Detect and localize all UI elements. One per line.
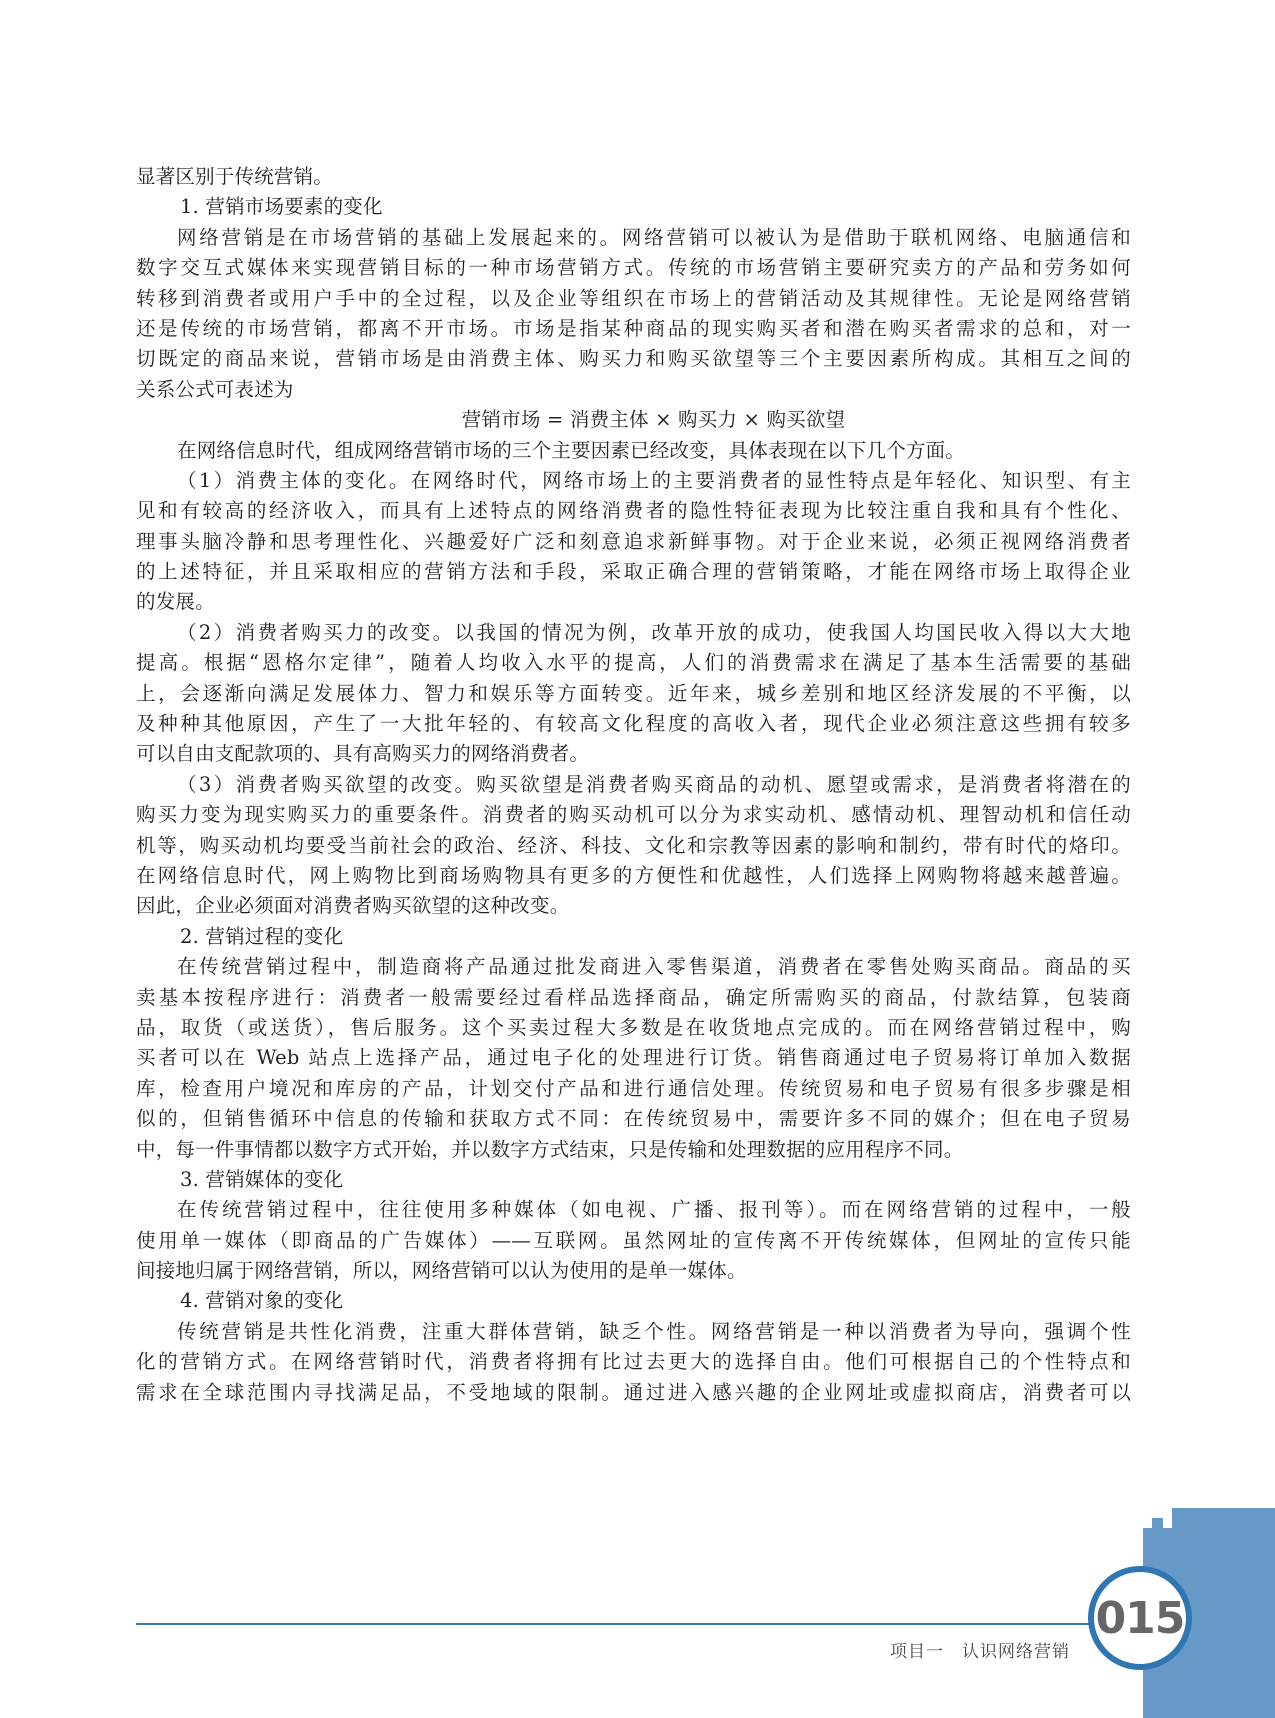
text-line: 需求在全球范围内寻找满足品，不受地域的限制。通过进入感兴趣的企业网址或虚拟商店，…	[136, 1378, 1131, 1408]
section-heading: 4. 营销对象的变化	[136, 1286, 1131, 1316]
text-line: 买者可以在 Web 站点上选择产品，通过电子化的处理进行订货。销售商通过电子贸易…	[136, 1043, 1131, 1073]
page-number: 015	[1096, 1593, 1185, 1644]
section-heading: 2. 营销过程的变化	[136, 922, 1131, 952]
text-line: 使用单一媒体（即商品的广告媒体）——互联网。虽然网址的宣传离不开传统媒体，但网址…	[136, 1226, 1131, 1256]
text-line: 似的，但销售循环中信息的传输和获取方式不同：在传统贸易中，需要许多不同的媒介；但…	[136, 1104, 1131, 1134]
text-line: 提高。根据“恩格尔定律”，随着人均收入水平的提高，人们的消费需求在满足了基本生活…	[136, 648, 1131, 678]
text-line: 卖基本按程序进行：消费者一般需要经过看样品选择商品，确定所需购买的商品，付款结算…	[136, 983, 1131, 1013]
text-line: 化的营销方式。在网络营销时代，消费者将拥有比过去更大的选择自由。他们可根据自己的…	[136, 1347, 1131, 1377]
text-line: 传统营销是共性化消费，注重大群体营销，缺乏个性。网络营销是一种以消费者为导向，强…	[136, 1317, 1131, 1347]
text-line: 理事头脑冷静和思考理性化、兴趣爱好广泛和刻意追求新鲜事物。对于企业来说，必须正视…	[136, 527, 1131, 557]
text-line: 显著区别于传统营销。	[136, 162, 1131, 192]
text-line: 因此，企业必须面对消费者购买欲望的这种改变。	[136, 891, 1131, 921]
text-line: 的上述特征，并且采取相应的营销方法和手段，采取正确合理的营销策略，才能在网络市场…	[136, 557, 1131, 587]
text-line: 品，取货（或送货），售后服务。这个买卖过程大多数是在收货地点完成的。而在网络营销…	[136, 1013, 1131, 1043]
text-line: 的发展。	[136, 587, 1131, 617]
section-heading: 3. 营销媒体的变化	[136, 1165, 1131, 1195]
text-line: 数字交互式媒体来实现营销目标的一种市场营销方式。传统的市场营销主要研究卖方的产品…	[136, 253, 1131, 283]
text-line: 见和有较高的经济收入，而具有上述特点的网络消费者的隐性特征表现为比较注重自我和具…	[136, 496, 1131, 526]
text-line: 及种种其他原因，产生了一大批年轻的、有较高文化程度的高收入者，现代企业必须注意这…	[136, 709, 1131, 739]
text-line: 库，检查用户境况和库房的产品，计划交付产品和进行通信处理。传统贸易和电子贸易有很…	[136, 1074, 1131, 1104]
text-line: （1）消费主体的变化。在网络时代，网络市场上的主要消费者的显性特点是年轻化、知识…	[136, 466, 1131, 496]
text-line: 还是传统的市场营销，都离不开市场。市场是指某种商品的现实购买者和潜在购买者需求的…	[136, 314, 1131, 344]
text-line: 关系公式可表述为	[136, 375, 1131, 405]
text-line: 在传统营销过程中，制造商将产品通过批发商进入零售渠道，消费者在零售处购买商品。商…	[136, 952, 1131, 982]
page-number-badge: 015	[1088, 1566, 1192, 1670]
decorative-side-block-top	[1172, 1508, 1275, 1530]
text-line: 间接地归属于网络营销，所以，网络营销可以认为使用的是单一媒体。	[136, 1256, 1131, 1286]
text-line: 上，会逐渐向满足发展体力、智力和娱乐等方面转变。近年来，城乡差别和地区经济发展的…	[136, 679, 1131, 709]
text-line: （2）消费者购买力的改变。以我国的情况为例，改革开放的成功，使我国人均国民收入得…	[136, 618, 1131, 648]
text-line: 购买力变为现实购买力的重要条件。消费者的购买动机可以分为求实动机、感情动机、理智…	[136, 800, 1131, 830]
text-line: 切既定的商品来说，营销市场是由消费主体、购买力和购买欲望等三个主要因素所构成。其…	[136, 344, 1131, 374]
text-line: 在网络信息时代，组成网络营销市场的三个主要因素已经改变，具体表现在以下几个方面。	[136, 436, 1131, 466]
text-line: （3）消费者购买欲望的改变。购买欲望是消费者购买商品的动机、愿望或需求，是消费者…	[136, 770, 1131, 800]
running-footer-chapter: 项目一 认识网络营销	[890, 1637, 1070, 1662]
formula: 营销市场 = 消费主体 × 购买力 × 购买欲望	[136, 405, 1131, 435]
text-line: 可以自由支配款项的、具有高购买力的网络消费者。	[136, 739, 1131, 769]
section-heading: 1. 营销市场要素的变化	[136, 192, 1131, 222]
text-line: 机等，购买动机均要受当前社会的政治、经济、科技、文化和宗教等因素的影响和制约，带…	[136, 831, 1131, 861]
text-line: 在传统营销过程中，往往使用多种媒体（如电视、广播、报刊等）。而在网络营销的过程中…	[136, 1195, 1131, 1225]
text-line: 网络营销是在市场营销的基础上发展起来的。网络营销可以被认为是借助于联机网络、电脑…	[136, 223, 1131, 253]
footer-rule	[136, 1623, 1096, 1625]
page-body: 显著区别于传统营销。 1. 营销市场要素的变化 网络营销是在市场营销的基础上发展…	[136, 162, 1131, 1408]
text-line: 转移到消费者或用户手中的全过程，以及企业等组织在市场上的营销活动及其规律性。无论…	[136, 284, 1131, 314]
text-line: 中，每一件事情都以数字方式开始，并以数字方式结束，只是传输和处理数据的应用程序不…	[136, 1135, 1131, 1165]
text-line: 在网络信息时代，网上购物比到商场购物具有更多的方便性和优越性，人们选择上网购物将…	[136, 861, 1131, 891]
